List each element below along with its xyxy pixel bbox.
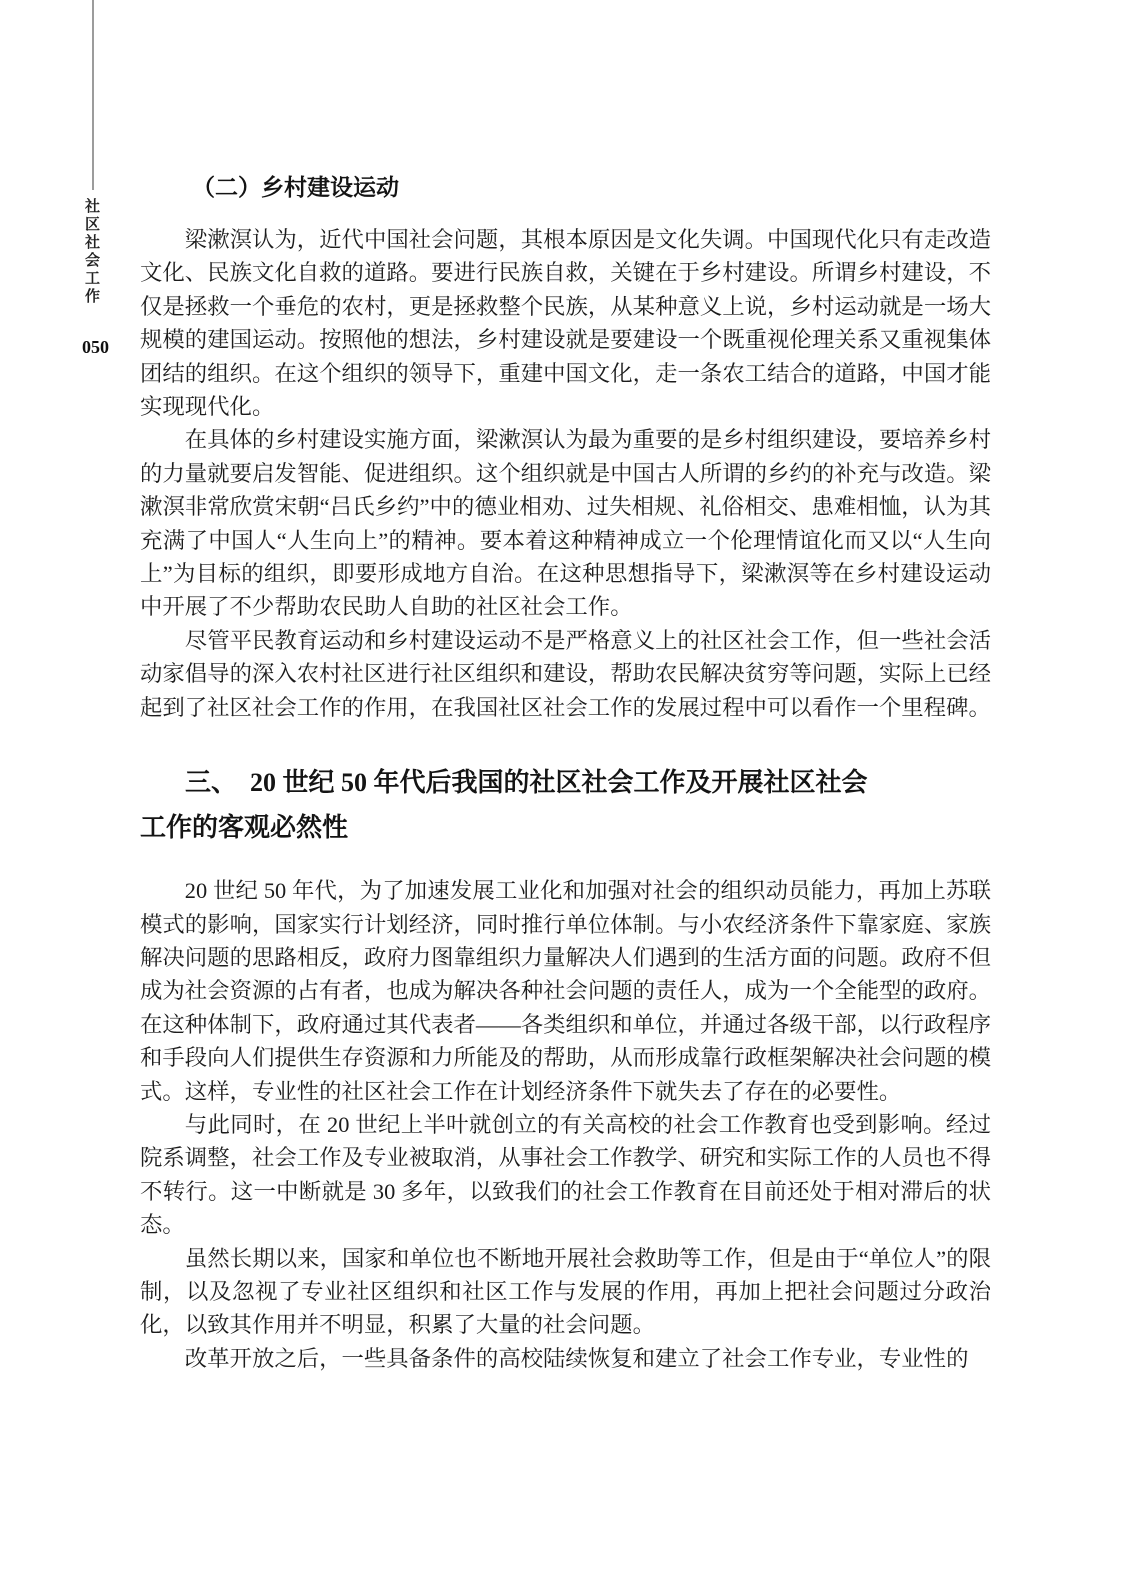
paragraph-planned-economy: 20 世纪 50 年代，为了加速发展工业化和加强对社会的组织动员能力，再加上苏联…	[140, 874, 991, 1108]
margin-rule	[92, 0, 94, 190]
section-heading-line1: 三、 20 世纪 50 年代后我国的社区社会工作及开展社区社会	[140, 760, 991, 805]
paragraph-rural-reconstruction-1: 梁漱溟认为，近代中国社会问题，其根本原因是文化失调。中国现代化只有走改造文化、民…	[140, 223, 991, 423]
paragraph-milestone: 尽管平民教育运动和乡村建设运动不是严格意义上的社区社会工作，但一些社会活动家倡导…	[140, 624, 991, 724]
section-heading-line2: 工作的客观必然性	[140, 805, 991, 850]
text-column: （二）乡村建设运动 梁漱溟认为，近代中国社会问题，其根本原因是文化失调。中国现代…	[140, 174, 991, 1375]
subsection-heading: （二）乡村建设运动	[140, 174, 991, 202]
book-page: 社区社会工作 050 （二）乡村建设运动 梁漱溟认为，近代中国社会问题，其根本原…	[0, 0, 1127, 1570]
page-number: 050	[82, 337, 109, 358]
section-heading: 三、 20 世纪 50 年代后我国的社区社会工作及开展社区社会 工作的客观必然性	[140, 760, 991, 850]
paragraph-reform-opening: 改革开放之后，一些具备条件的高校陆续恢复和建立了社会工作专业，专业性的	[140, 1342, 991, 1375]
paragraph-rural-reconstruction-2: 在具体的乡村建设实施方面，梁漱溟认为最为重要的是乡村组织建设，要培养乡村的力量就…	[140, 423, 991, 623]
paragraph-unit-person-limits: 虽然长期以来，国家和单位也不断地开展社会救助等工作，但是由于“单位人”的限制，以…	[140, 1242, 991, 1342]
paragraph-education-interrupted: 与此同时，在 20 世纪上半叶就创立的有关高校的社会工作教育也受到影响。经过院系…	[140, 1108, 991, 1242]
book-title-vertical: 社区社会工作	[81, 198, 102, 306]
